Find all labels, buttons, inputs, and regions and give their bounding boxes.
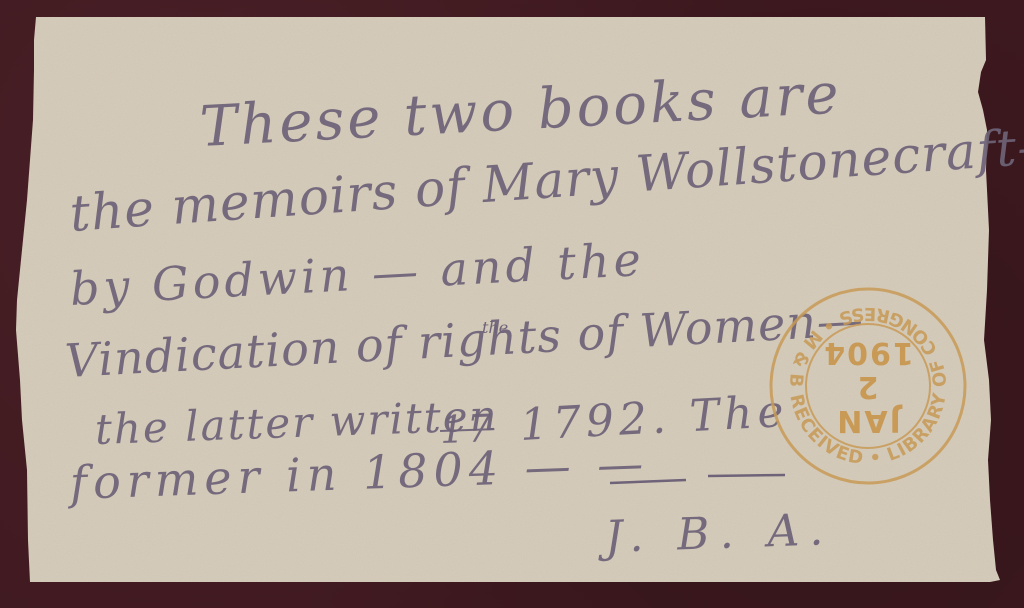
signature: J. B. A. [604, 504, 834, 563]
stamp-day: 2 [858, 371, 879, 401]
document-paper: These two books are the memoirs of Mary … [0, 0, 1024, 608]
library-of-congress-stamp: RECEIVED • LIBRARY OF CONGRESS • M & B. … [768, 286, 968, 486]
stamp-month: JAN [835, 405, 901, 435]
stamp-year: 1904 [822, 337, 914, 367]
stamp-date: JAN 2 1904 [768, 286, 968, 486]
